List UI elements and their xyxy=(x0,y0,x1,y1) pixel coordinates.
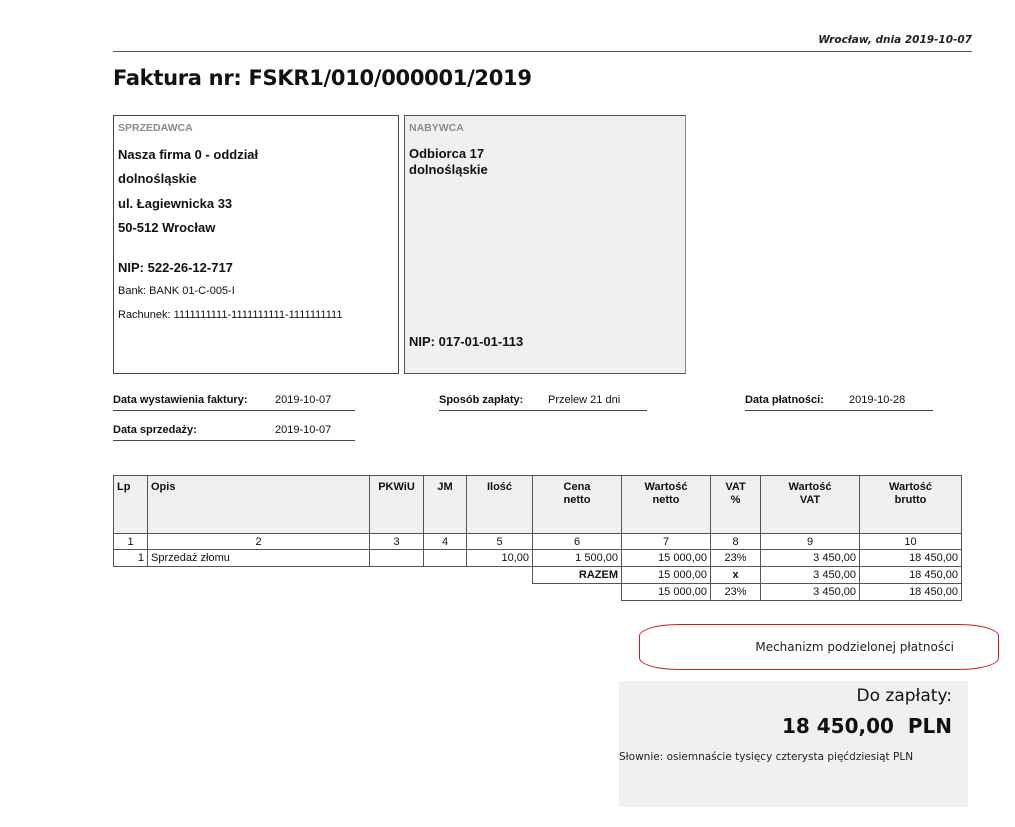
issue-date-field: Data wystawienia faktury: 2019-10-07 xyxy=(113,391,355,411)
seller-label: SPRZEDAWCA xyxy=(118,122,193,134)
seller-box: SPRZEDAWCA Nasza firma 0 - oddział dolno… xyxy=(113,115,399,374)
split-payment-badge: Mechanizm podzielonej płatności xyxy=(639,624,999,670)
column-number-row: 1 2 3 4 5 6 7 8 9 10 xyxy=(114,534,962,550)
column-number: 6 xyxy=(533,534,622,550)
split-payment-text: Mechanizm podzielonej płatności xyxy=(755,640,954,654)
issue-date-value: 2019-10-07 xyxy=(275,394,331,406)
row-brutto: 18 450,00 xyxy=(860,550,962,567)
buyer-name: Odbiorca 17 xyxy=(409,146,488,162)
row-jm xyxy=(424,550,467,567)
seller-account: Rachunek: 1111111111-1111111111-11111111… xyxy=(118,309,342,321)
buyer-nip: NIP: 017-01-01-113 xyxy=(409,334,523,349)
total-vat-value: 3 450,00 xyxy=(761,567,860,584)
issue-date-label: Data wystawienia faktury: xyxy=(113,394,248,406)
total-netto: 15 000,00 xyxy=(622,567,711,584)
column-number: 7 xyxy=(622,534,711,550)
col-ilosc: Ilość xyxy=(467,476,533,534)
seller-region: dolnośląskie xyxy=(118,171,197,186)
column-number: 4 xyxy=(424,534,467,550)
col-lp: Lp xyxy=(114,476,148,534)
summary-vat-value: 3 450,00 xyxy=(761,584,860,601)
invoice-title: Faktura nr: FSKR1/010/000001/2019 xyxy=(113,66,532,90)
total-brutto: 18 450,00 xyxy=(860,567,962,584)
row-vat-value: 3 450,00 xyxy=(761,550,860,567)
total-row: RAZEM 15 000,00 x 3 450,00 18 450,00 xyxy=(114,567,962,584)
payment-date-value: 2019-10-28 xyxy=(849,394,905,406)
summary-brutto: 18 450,00 xyxy=(860,584,962,601)
column-number: 1 xyxy=(114,534,148,550)
col-jm: JM xyxy=(424,476,467,534)
row-lp: 1 xyxy=(114,550,148,567)
total-vat: x xyxy=(711,567,761,584)
amount-in-words: Słownie: osiemnaście tysięcy czterysta p… xyxy=(619,751,913,763)
vat-summary-row: 15 000,00 23% 3 450,00 18 450,00 xyxy=(114,584,962,601)
row-opis: Sprzedaż złomu xyxy=(148,550,370,567)
amount-due-label: Do zapłaty: xyxy=(857,686,953,706)
column-number: 3 xyxy=(370,534,424,550)
seller-name: Nasza firma 0 - oddział xyxy=(118,147,258,162)
col-vat-percent: VAT% xyxy=(711,476,761,534)
col-opis: Opis xyxy=(148,476,370,534)
buyer-label: NABYWCA xyxy=(409,122,464,134)
payment-method-field: Sposób zapłaty: Przelew 21 dni xyxy=(439,391,647,411)
seller-nip: NIP: 522-26-12-717 xyxy=(118,260,233,275)
buyer-box: NABYWCA Odbiorca 17 dolnośląskie NIP: 01… xyxy=(404,115,686,374)
payment-date-label: Data płatności: xyxy=(745,394,824,406)
column-number: 8 xyxy=(711,534,761,550)
row-cena: 1 500,00 xyxy=(533,550,622,567)
row-pkwiu xyxy=(370,550,424,567)
sale-date-field: Data sprzedaży: 2019-10-07 xyxy=(113,421,355,441)
col-pkwiu: PKWiU xyxy=(370,476,424,534)
col-wartosc-vat: WartośćVAT xyxy=(761,476,860,534)
buyer-name-block: Odbiorca 17 dolnośląskie xyxy=(409,146,488,178)
sale-date-value: 2019-10-07 xyxy=(275,424,331,436)
amount-due-value: 18 450,00 PLN xyxy=(782,714,952,738)
sale-date-label: Data sprzedaży: xyxy=(113,424,197,436)
col-wartosc-netto: Wartośćnetto xyxy=(622,476,711,534)
column-number: 10 xyxy=(860,534,962,550)
invoice-items-table: Lp Opis PKWiU JM Ilość Cenanetto Wartość… xyxy=(113,475,962,601)
col-wartosc-brutto: Wartośćbrutto xyxy=(860,476,962,534)
row-ilosc: 10,00 xyxy=(467,550,533,567)
header-divider xyxy=(113,51,972,52)
row-netto: 15 000,00 xyxy=(622,550,711,567)
payment-method-value: Przelew 21 dni xyxy=(548,394,620,406)
column-number: 5 xyxy=(467,534,533,550)
table-row: 1 Sprzedaż złomu 10,00 1 500,00 15 000,0… xyxy=(114,550,962,567)
place-and-date: Wrocław, dnia 2019-10-07 xyxy=(700,34,972,46)
buyer-region: dolnośląskie xyxy=(409,162,488,178)
column-number: 2 xyxy=(148,534,370,550)
col-cena-netto: Cenanetto xyxy=(533,476,622,534)
payment-method-label: Sposób zapłaty: xyxy=(439,394,523,406)
payment-date-field: Data płatności: 2019-10-28 xyxy=(745,391,933,411)
summary-netto: 15 000,00 xyxy=(622,584,711,601)
summary-vat: 23% xyxy=(711,584,761,601)
seller-bank: Bank: BANK 01-C-005-I xyxy=(118,285,235,297)
column-number: 9 xyxy=(761,534,860,550)
seller-street: ul. Łagiewnicka 33 xyxy=(118,196,232,211)
total-label: RAZEM xyxy=(533,567,622,584)
seller-city: 50-512 Wrocław xyxy=(118,220,215,235)
amount-due-box: Do zapłaty: 18 450,00 PLN Słownie: osiem… xyxy=(619,681,968,807)
table-header-row: Lp Opis PKWiU JM Ilość Cenanetto Wartość… xyxy=(114,476,962,534)
row-vat: 23% xyxy=(711,550,761,567)
